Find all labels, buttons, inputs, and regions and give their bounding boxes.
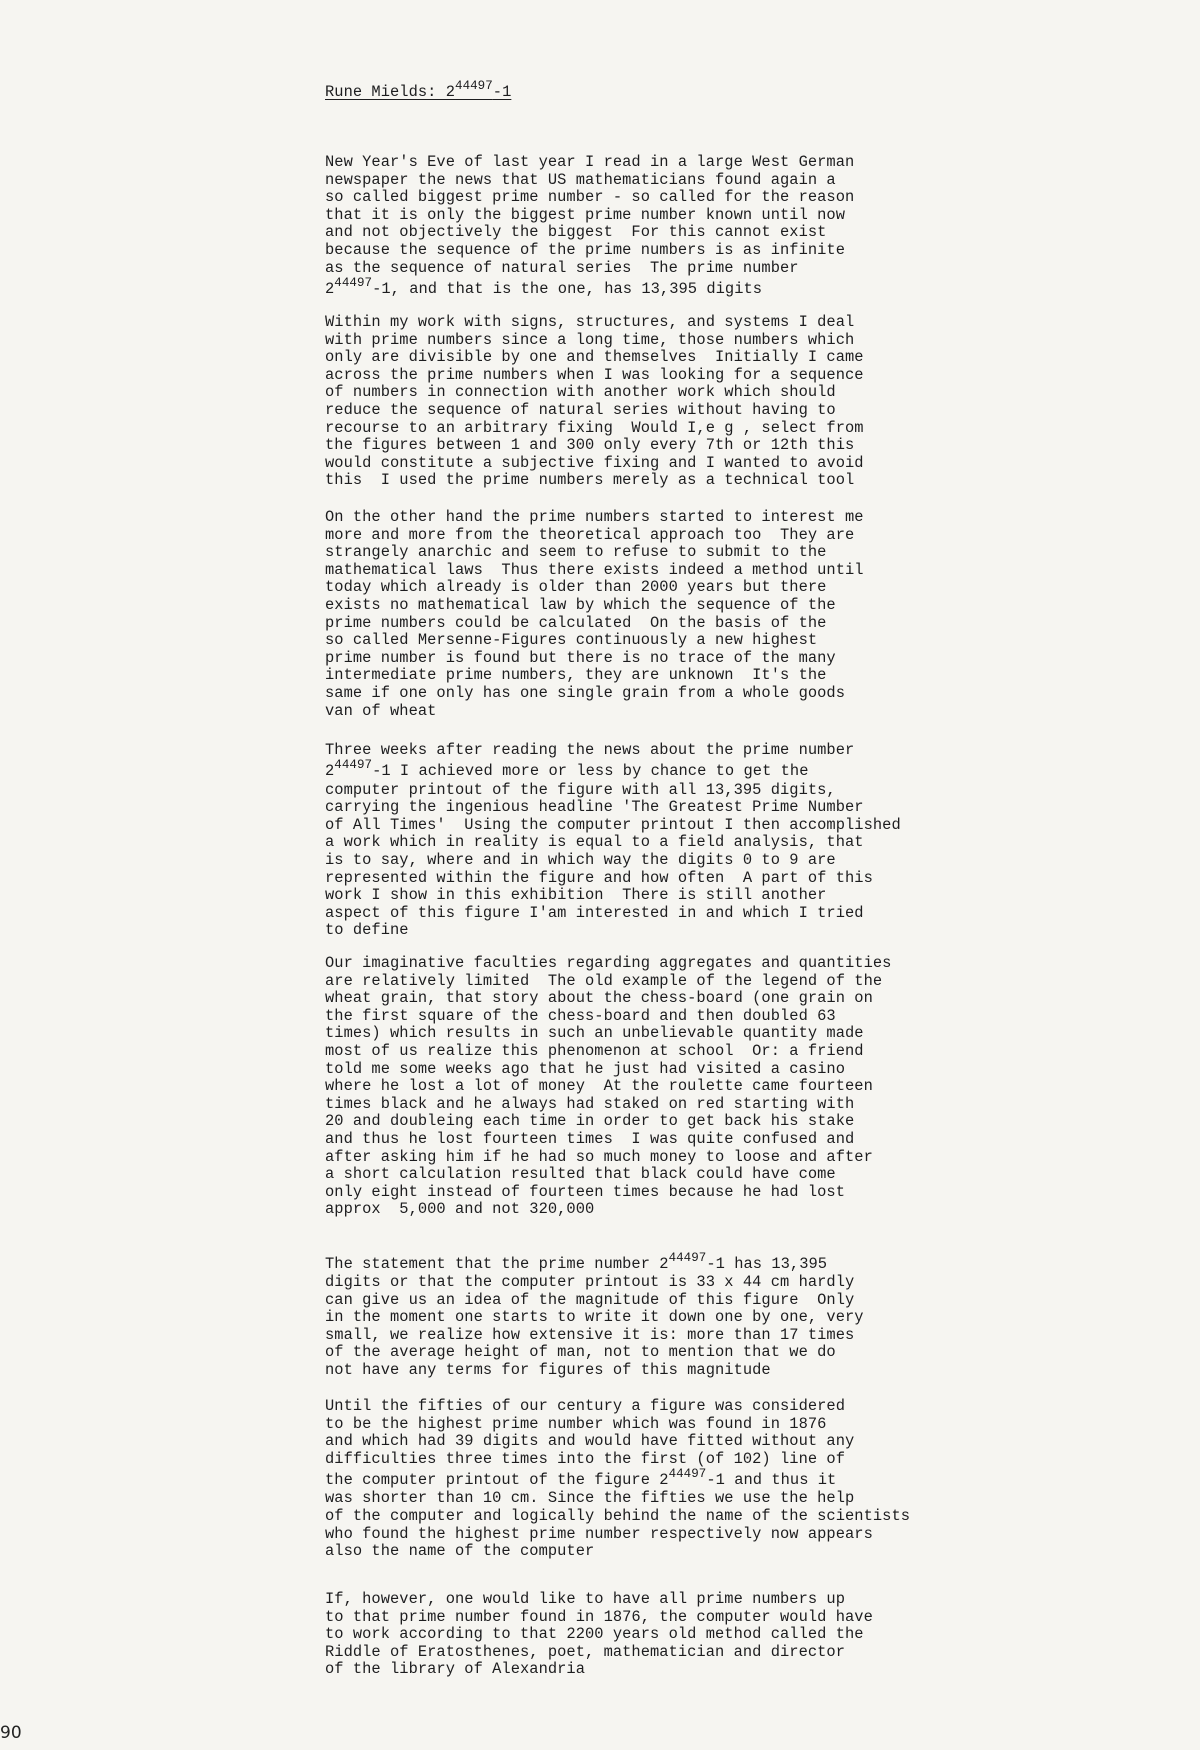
text-line: aspect of this figure I'am interested in… [325, 905, 901, 923]
text-line: Within my work with signs, structures, a… [325, 314, 864, 332]
power-exponent: 44497 [669, 1467, 707, 1481]
text-line: reduce the sequence of natural series wi… [325, 402, 864, 420]
text-line: to be the highest prime number which was… [325, 1416, 910, 1434]
text-line: more and more from the theoretical appro… [325, 527, 864, 545]
text-line: was shorter than 10 cm. Since the fiftie… [325, 1490, 910, 1508]
text-line: the figures between 1 and 300 only every… [325, 437, 864, 455]
text-line: recourse to an arbitrary fixing Would I,… [325, 420, 864, 438]
power-base: 2 [325, 762, 334, 780]
text-line: Our imaginative faculties regarding aggr… [325, 955, 891, 973]
text-line: most of us realize this phenomenon at sc… [325, 1043, 891, 1061]
text-line: digits or that the computer printout is … [325, 1274, 864, 1292]
paragraph-6: The statement that the prime number 2444… [325, 1252, 864, 1380]
text-line: same if one only has one single grain fr… [325, 685, 864, 703]
text-line: a work which in reality is equal to a fi… [325, 834, 901, 852]
text-line: after asking him if he had so much money… [325, 1149, 891, 1167]
text-line: exists no mathematical law by which the … [325, 597, 864, 615]
power-base: 2 [325, 280, 334, 298]
text-line: New Year's Eve of last year I read in a … [325, 154, 854, 172]
text-line: only eight instead of fourteen times bec… [325, 1184, 891, 1202]
text-line: a short calculation resulted that black … [325, 1166, 891, 1184]
text-line: in the moment one starts to write it dow… [325, 1309, 864, 1327]
text-line: of numbers in connection with another wo… [325, 384, 864, 402]
text-line: strangely anarchic and seem to refuse to… [325, 544, 864, 562]
text-line: of All Times' Using the computer printou… [325, 817, 901, 835]
page-title: Rune Mields: 244497-1 [325, 84, 511, 102]
power-exponent: 44497 [334, 276, 372, 290]
text-line: 20 and doubleing each time in order to g… [325, 1113, 891, 1131]
power-suffix: -1 I achieved more or less by chance to … [372, 762, 808, 780]
text-line: 244497-1 I achieved more or less by chan… [325, 760, 901, 782]
text-line: prime number is found but there is no tr… [325, 650, 864, 668]
text-line: that it is only the biggest prime number… [325, 207, 854, 225]
text-line: only are divisible by one and themselves… [325, 349, 864, 367]
text-line: would constitute a subjective fixing and… [325, 455, 864, 473]
title-exponent: 44497 [455, 79, 493, 93]
text-line: so called biggest prime number - so call… [325, 189, 854, 207]
text-line: intermediate prime numbers, they are unk… [325, 667, 864, 685]
text-line: difficulties three times into the first … [325, 1451, 910, 1469]
text-line: wheat grain, that story about the chess-… [325, 990, 891, 1008]
text-line: and not objectively the biggest For this… [325, 224, 854, 242]
text-line: are relatively limited The old example o… [325, 973, 891, 991]
text-line: who found the highest prime number respe… [325, 1526, 910, 1544]
text-line: with prime numbers since a long time, th… [325, 332, 864, 350]
text-line: The statement that the prime number 2444… [325, 1252, 864, 1274]
text-line: times black and he always had staked on … [325, 1096, 891, 1114]
title-suffix: -1 [493, 83, 512, 101]
text-line: van of wheat [325, 703, 864, 721]
paragraph-4: Three weeks after reading the news about… [325, 742, 901, 940]
text-line: this I used the prime numbers merely as … [325, 472, 864, 490]
power-base: The statement that the prime number 2 [325, 1255, 669, 1273]
text-line: not have any terms for figures of this m… [325, 1362, 864, 1380]
text-line: prime numbers could be calculated On the… [325, 615, 864, 633]
text-line: times) which results in such an unbeliev… [325, 1025, 891, 1043]
text-line: represented within the figure and how of… [325, 870, 901, 888]
text-line: Three weeks after reading the news about… [325, 742, 901, 760]
page-number: 90 [0, 1723, 22, 1743]
text-line: where he lost a lot of money At the roul… [325, 1078, 891, 1096]
text-line: and which had 39 digits and would have f… [325, 1433, 910, 1451]
text-line: and thus he lost fourteen times I was qu… [325, 1131, 891, 1149]
text-line: because the sequence of the prime number… [325, 242, 854, 260]
text-line: Until the fifties of our century a figur… [325, 1398, 910, 1416]
text-line: On the other hand the prime numbers star… [325, 509, 864, 527]
text-line: as the sequence of natural series The pr… [325, 260, 854, 278]
power-suffix: -1 has 13,395 [706, 1255, 827, 1273]
text-line: so called Mersenne-Figures continuously … [325, 632, 864, 650]
text-line: the first square of the chess-board and … [325, 1008, 891, 1026]
text-line: the computer printout of the figure 2444… [325, 1468, 910, 1490]
text-line: can give us an idea of the magnitude of … [325, 1292, 864, 1310]
text-line: also the name of the computer [325, 1543, 910, 1561]
paragraph-5: Our imaginative faculties regarding aggr… [325, 955, 891, 1219]
text-line: 244497-1, and that is the one, has 13,39… [325, 277, 854, 299]
power-suffix: -1 and thus it [706, 1471, 836, 1489]
text-line: carrying the ingenious headline 'The Gre… [325, 799, 901, 817]
text-line: to work according to that 2200 years old… [325, 1626, 873, 1644]
text-line: of the library of Alexandria [325, 1661, 873, 1679]
title-base: Rune Mields: 2 [325, 83, 455, 101]
text-line: of the computer and logically behind the… [325, 1508, 910, 1526]
text-line: told me some weeks ago that he just had … [325, 1061, 891, 1079]
text-line: across the prime numbers when I was look… [325, 367, 864, 385]
text-line: work I show in this exhibition There is … [325, 887, 901, 905]
paragraph-8: If, however, one would like to have all … [325, 1591, 873, 1679]
power-exponent: 44497 [669, 1251, 707, 1265]
text-line: is to say, where and in which way the di… [325, 852, 901, 870]
power-exponent: 44497 [334, 758, 372, 772]
paragraph-1: New Year's Eve of last year I read in a … [325, 154, 854, 299]
text-line: to that prime number found in 1876, the … [325, 1609, 873, 1627]
text-line: of the average height of man, not to men… [325, 1344, 864, 1362]
text-line: small, we realize how extensive it is: m… [325, 1327, 864, 1345]
paragraph-2: Within my work with signs, structures, a… [325, 314, 864, 490]
text-line: Riddle of Eratosthenes, poet, mathematic… [325, 1644, 873, 1662]
paragraph-7: Until the fifties of our century a figur… [325, 1398, 910, 1561]
text-line: mathematical laws Thus there exists inde… [325, 562, 864, 580]
text-line: approx 5,000 and not 320,000 [325, 1201, 891, 1219]
text-line: computer printout of the figure with all… [325, 782, 901, 800]
text-line: If, however, one would like to have all … [325, 1591, 873, 1609]
power-suffix: -1, and that is the one, has 13,395 digi… [372, 280, 762, 298]
power-base: the computer printout of the figure 2 [325, 1471, 669, 1489]
text-line: today which already is older than 2000 y… [325, 579, 864, 597]
text-line: to define [325, 922, 901, 940]
text-line: newspaper the news that US mathematician… [325, 172, 854, 190]
paragraph-3: On the other hand the prime numbers star… [325, 509, 864, 720]
